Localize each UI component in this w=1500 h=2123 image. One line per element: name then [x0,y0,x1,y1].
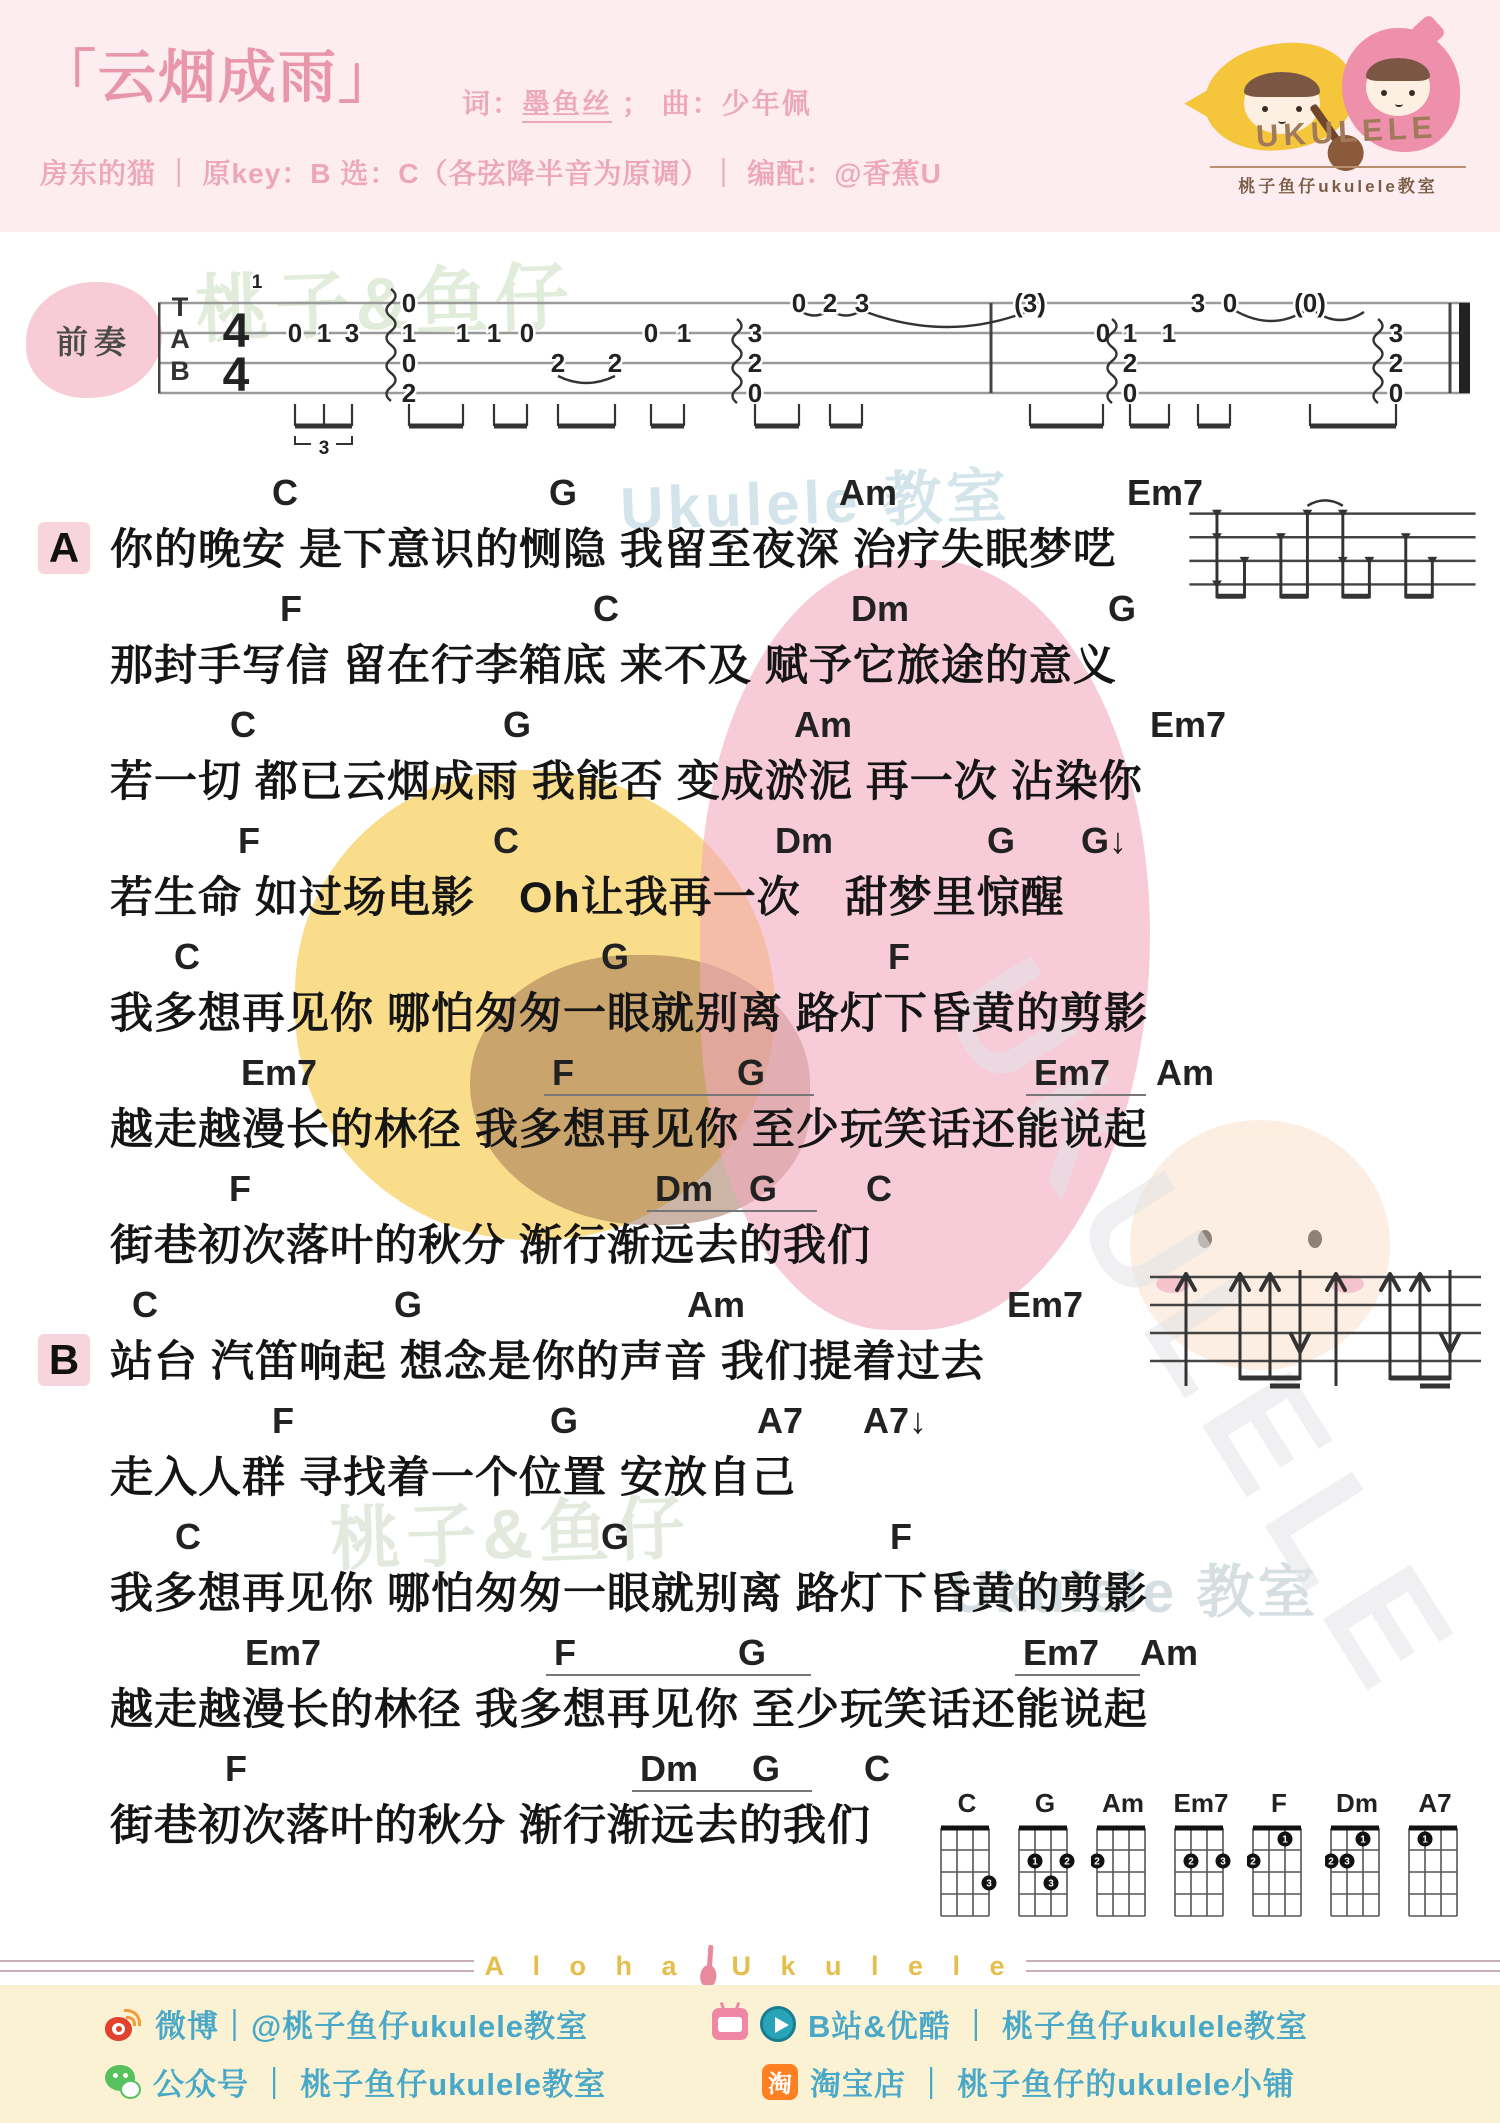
chord: Dm [655,1168,713,1210]
svg-text:1: 1 [1422,1835,1428,1846]
divider-ukulele-icon [700,1944,719,1987]
chord: F [238,820,260,862]
svg-text:3: 3 [1344,1857,1350,1868]
wechat-label: 公众号 ｜ 桃子鱼仔ukulele教室 [153,2059,606,2104]
chord-diagram: Dm123 [1318,1788,1396,1927]
chord-grid: 3 [935,1820,999,1922]
svg-text:2: 2 [402,378,416,408]
svg-text:0: 0 [520,318,534,348]
chord-diagram-name: Am [1084,1788,1162,1820]
chord: G [1108,588,1136,630]
chord-diagram: Em723 [1162,1788,1240,1927]
song-line: FDmGC街巷初次落叶的秋分 渐行渐远去的我们 [110,1166,1420,1282]
wechat-icon [105,2065,141,2099]
svg-text:(0): (0) [1294,288,1326,318]
chord: C [175,1516,201,1558]
peach-face-icon [1366,58,1430,116]
song-meta: 房东的猫 ｜ 原key：B 选：C（各弦降半音为原调）｜ 编配：@香蕉U [40,152,942,192]
song-line: FCDmG那封手写信 留在行李箱底 来不及 赋予它旅途的意义 [110,586,1420,702]
intro-tablature: T A B 4 4 101301021102201320023(3)012013… [158,258,1478,473]
chord: G [749,1168,777,1210]
youku-play-icon [760,2006,796,2042]
lyric-line: 站台 汽笛响起 想念是你的声音 我们提着过去 [110,1328,985,1389]
bilibili-icon [712,2008,748,2040]
lyric-line: 我多想再见你 哪怕匆匆一眼就别离 路灯下昏黄的剪影 [110,1560,1148,1621]
chord: Em7 [1150,704,1226,746]
chord-row: CGF [110,934,1420,980]
chord: C [866,1168,892,1210]
lyric-line: 若生命 如过场电影 Oh让我再一次 甜梦里惊醒 [110,864,1065,925]
final-barline [1459,303,1470,393]
song-line: CGF我多想再见你 哪怕匆匆一眼就别离 路灯下昏黄的剪影 [110,1514,1420,1630]
chord-row: FDmGC [110,1746,1420,1792]
svg-text:1: 1 [456,318,470,348]
lyric-line: 我多想再见你 哪怕匆匆一眼就别离 路灯下昏黄的剪影 [110,980,1148,1041]
chord: A7 [757,1400,803,1442]
svg-text:1: 1 [1162,318,1176,348]
chord-row: FGA7A7↓ [110,1398,1420,1444]
taobao-icon: 淘 [762,2064,798,2100]
chord: F [888,936,910,978]
footer-taobao: 淘 淘宝店 ｜ 桃子鱼仔的ukulele小铺 [762,2059,1295,2104]
svg-text:3: 3 [1191,288,1205,318]
lyric-line: 街巷初次落叶的秋分 渐行渐远去的我们 [110,1792,871,1853]
svg-text:0: 0 [792,288,806,318]
svg-text:3: 3 [1220,1857,1226,1868]
svg-text:2: 2 [1188,1857,1194,1868]
tab-clef-t: T [172,292,189,322]
chord: C [493,820,519,862]
chord: Dm [851,588,909,630]
chord: Em7 [241,1052,317,1094]
chord-row: CGAmEm7 [110,702,1420,748]
svg-text:3: 3 [986,1879,992,1890]
chord: G [503,704,531,746]
svg-text:2: 2 [1328,1857,1334,1868]
footer-bilibili: B站&优酷 ｜ 桃子鱼仔ukulele教室 [712,2001,1308,2046]
svg-text:1: 1 [252,272,263,293]
footer: 微博｜@桃子鱼仔ukulele教室 公众号 ｜ 桃子鱼仔ukulele教室 B站… [0,1985,1500,2123]
svg-text:1: 1 [402,318,416,348]
chord: F [552,1052,574,1094]
svg-text:2: 2 [608,348,622,378]
chord-grid: 123 [1325,1820,1389,1922]
svg-text:1: 1 [1282,1835,1288,1846]
intro-label: 前奏 [26,282,162,398]
section-label: A [38,522,90,574]
chord-grid: 12 [1247,1820,1311,1922]
lyric-line: 若一切 都已云烟成雨 我能否 变成淤泥 再一次 沾染你 [110,748,1143,809]
song-lines: ACGAmEm7你的晚安 是下意识的恻隐 我留至夜深 治疗失眠梦呓FCDmG那封… [110,470,1420,1862]
logo-divider [1210,166,1466,168]
svg-text:3: 3 [319,438,330,459]
svg-text:1: 1 [1360,1835,1366,1846]
bilibili-label: B站&优酷 ｜ 桃子鱼仔ukulele教室 [808,2001,1308,2046]
chord-diagram-name: A7 [1396,1788,1474,1820]
chord-diagram: Am2 [1084,1788,1162,1927]
chord: G [738,1632,766,1674]
svg-text:3: 3 [345,318,359,348]
svg-text:0: 0 [1223,288,1237,318]
chord-diagram-name: G [1006,1788,1084,1820]
lyric-line: 越走越漫长的林径 我多想再见你 至少玩笑话还能说起 [110,1096,1148,1157]
weibo-icon [105,2007,143,2041]
chord-row: Em7FGEm7Am [110,1050,1420,1096]
svg-text:1: 1 [1123,318,1137,348]
song-title: 「云烟成雨」 [38,30,398,114]
chord: Dm [640,1748,698,1790]
chord-diagram-name: Dm [1318,1788,1396,1820]
chord-row: CGAmEm7 [110,1282,1420,1328]
svg-text:1: 1 [317,318,331,348]
chord: F [890,1516,912,1558]
chord: C [230,704,256,746]
chord: G [550,1400,578,1442]
chord-sheet-page: 桃子&鱼仔Ukulele 教室桃子&鱼仔Ukulele 教室UKULELE打谱版… [0,0,1500,2123]
chord-row: CGAmEm7 [110,470,1420,516]
svg-text:0: 0 [644,318,658,348]
chord-diagrams: C3G123Am2Em723F12Dm123A71 [928,1788,1474,1927]
chord: F [225,1748,247,1790]
lyric-line: 街巷初次落叶的秋分 渐行渐远去的我们 [110,1212,871,1273]
ukulele-text: U k u l e l e [731,1951,1015,1982]
chord: C [593,588,619,630]
svg-text:0: 0 [288,318,302,348]
chord: Em7 [1127,472,1203,514]
chord: F [229,1168,251,1210]
svg-text:0: 0 [402,288,416,318]
song-line: Em7FGEm7Am越走越漫长的林径 我多想再见你 至少玩笑话还能说起 [110,1630,1420,1746]
chord: Em7 [245,1632,321,1674]
chord-grid: 123 [1013,1820,1077,1922]
tab-clef-b: B [170,356,190,386]
svg-text:0: 0 [402,348,416,378]
chord: G↓ [1081,820,1127,862]
svg-text:2: 2 [1123,348,1137,378]
svg-text:2: 2 [748,348,762,378]
chord: A7↓ [863,1400,927,1442]
footer-wechat: 公众号 ｜ 桃子鱼仔ukulele教室 [105,2059,606,2104]
chord: F [554,1632,576,1674]
chord-row: FCDmGG↓ [110,818,1420,864]
svg-text:3: 3 [748,318,762,348]
chord-diagram: C3 [928,1788,1006,1927]
chord-grid: 2 [1091,1820,1155,1922]
chord: F [272,1400,294,1442]
chord-diagram-name: F [1240,1788,1318,1820]
svg-text:(3): (3) [1014,288,1046,318]
divider-line-left [0,1960,474,1972]
svg-text:0: 0 [748,378,762,408]
chord: G [394,1284,422,1326]
chord: Dm [775,820,833,862]
chord: G [601,936,629,978]
credits: 词：墨鱼丝 ； 曲：少年佩 [462,82,812,122]
lyric-line: 越走越漫长的林径 我多想再见你 至少玩笑话还能说起 [110,1676,1148,1737]
chord: Am [839,472,897,514]
svg-text:3: 3 [1048,1879,1054,1890]
chord-diagram: F12 [1240,1788,1318,1927]
tab-notes: 101301021102201320023(3)0120130(0)3203 [252,272,1404,459]
chord: Am [1140,1632,1198,1674]
song-line: FCDmGG↓若生命 如过场电影 Oh让我再一次 甜梦里惊醒 [110,818,1420,934]
chord: C [864,1748,890,1790]
weibo-label: 微博｜@桃子鱼仔ukulele教室 [155,2001,588,2046]
svg-text:2: 2 [1064,1857,1070,1868]
lyric-line: 那封手写信 留在行李箱底 来不及 赋予它旅途的意义 [110,632,1117,693]
footer-weibo: 微博｜@桃子鱼仔ukulele教室 [105,2001,588,2046]
chord: G [737,1052,765,1094]
chord-diagram: G123 [1006,1788,1084,1927]
chord-grid: 23 [1169,1820,1233,1922]
svg-text:2: 2 [823,288,837,318]
song-line: CGAmEm7若一切 都已云烟成雨 我能否 变成淤泥 再一次 沾染你 [110,702,1420,818]
svg-text:2: 2 [1094,1857,1100,1868]
chord: C [272,472,298,514]
studio-logo: UKULELE 桃子鱼仔ukulele教室 [1204,14,1472,214]
divider-line-right [1026,1960,1500,1972]
svg-text:2: 2 [1389,348,1403,378]
svg-text:0: 0 [1123,378,1137,408]
chord-diagram-name: C [928,1788,1006,1820]
aloha-text: A l o h a [484,1951,687,1982]
chord: C [174,936,200,978]
chord-diagram-name: Em7 [1162,1788,1240,1820]
svg-text:1: 1 [487,318,501,348]
chord: Am [794,704,852,746]
svg-text:3: 3 [1389,318,1403,348]
chord: Em7 [1034,1052,1110,1094]
svg-text:3: 3 [855,288,869,318]
chord: G [752,1748,780,1790]
chord: Em7 [1023,1632,1099,1674]
chord: Em7 [1007,1284,1083,1326]
composer: ； 曲：少年佩 [622,88,812,119]
svg-text:0: 0 [1389,378,1403,408]
song-line: FGA7A7↓走入人群 寻找着一个位置 安放自己 [110,1398,1420,1514]
chord: Am [687,1284,745,1326]
svg-text:2: 2 [551,348,565,378]
section-label: B [38,1334,90,1386]
header: 「云烟成雨」 词：墨鱼丝 ； 曲：少年佩 房东的猫 ｜ 原key：B 选：C（各… [0,0,1500,232]
chord: G [601,1516,629,1558]
aloha-divider: A l o h a U k u l e l e [0,1945,1500,1987]
chord-diagram: A71 [1396,1788,1474,1927]
chord-grid: 1 [1403,1820,1467,1922]
chord: Am [1156,1052,1214,1094]
taobao-label: 淘宝店 ｜ 桃子鱼仔的ukulele小铺 [810,2059,1295,2104]
chord-row: Em7FGEm7Am [110,1630,1420,1676]
chord-row: CGF [110,1514,1420,1560]
song-line: BCGAmEm7站台 汽笛响起 想念是你的声音 我们提着过去 [110,1282,1420,1398]
lyric-line: 你的晚安 是下意识的恻隐 我留至夜深 治疗失眠梦呓 [110,516,1117,577]
chord-row: FDmGC [110,1166,1420,1212]
song-line: CGF我多想再见你 哪怕匆匆一眼就别离 路灯下昏黄的剪影 [110,934,1420,1050]
chord: F [280,588,302,630]
chord: G [549,472,577,514]
svg-text:2: 2 [1250,1857,1256,1868]
tab-clef-a: A [170,324,190,354]
svg-text:1: 1 [1032,1857,1038,1868]
logo-caption: 桃子鱼仔ukulele教室 [1204,172,1472,197]
chord: C [132,1284,158,1326]
song-line: Em7FGEm7Am越走越漫长的林径 我多想再见你 至少玩笑话还能说起 [110,1050,1420,1166]
lyricist-name: 墨鱼丝 [522,88,612,123]
chord: G [987,820,1015,862]
song-line: ACGAmEm7你的晚安 是下意识的恻隐 我留至夜深 治疗失眠梦呓 [110,470,1420,586]
chord-row: FCDmG [110,586,1420,632]
lyric-line: 走入人群 寻找着一个位置 安放自己 [110,1444,796,1505]
lyricist-label: 词： [462,88,522,119]
time-sig-bottom: 4 [223,349,250,402]
svg-text:1: 1 [677,318,691,348]
